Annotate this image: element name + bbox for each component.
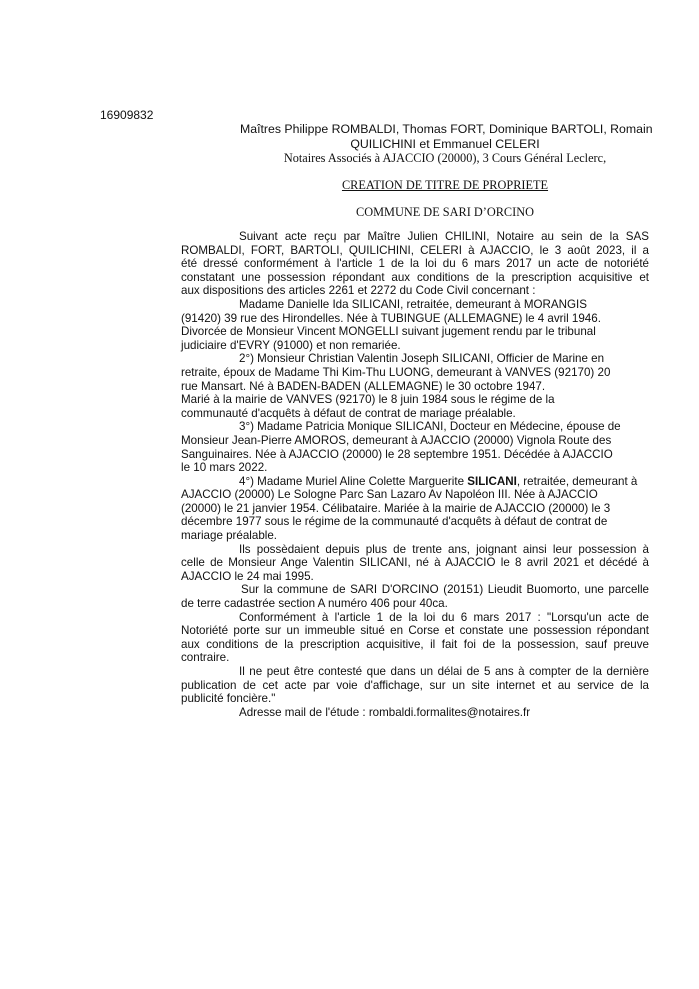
body-line: publicité foncière." bbox=[181, 692, 649, 706]
document-title: CREATION DE TITRE DE PROPRIETE bbox=[240, 178, 650, 192]
body-line: 2°) Monsieur Christian Valentin Joseph S… bbox=[181, 352, 649, 366]
body-line: Sanguinaires. Née à AJACCIO (20000) le 2… bbox=[181, 448, 649, 462]
body-line: aux conditions de la prescription acquis… bbox=[181, 638, 649, 652]
document-subtitle: COMMUNE DE SARI D’ORCINO bbox=[240, 205, 650, 219]
body-line: (20000) le 21 janvier 1954. Célibataire.… bbox=[181, 502, 649, 516]
body-line: judiciaire d'EVRY (91000) et non remarié… bbox=[181, 339, 649, 353]
notaries-names-line-2: QUILICHINI et Emmanuel CELERI bbox=[240, 137, 650, 152]
body-line: Suivant acte reçu par Maître Julien CHIL… bbox=[181, 230, 649, 244]
body-line: 3°) Madame Patricia Monique SILICANI, Do… bbox=[181, 420, 649, 434]
body-line: été dressé conformément à l'article 1 de… bbox=[181, 257, 649, 271]
reference-number: 16909832 bbox=[100, 108, 153, 122]
body-line-with-bold: 4°) Madame Muriel Aline Colette Margueri… bbox=[181, 475, 649, 489]
body-line: retraite, époux de Madame Thi Kim-Thu LU… bbox=[181, 366, 649, 380]
body-line: Divorcée de Monsieur Vincent MONGELLI su… bbox=[181, 325, 649, 339]
body-line: communauté d'acquêts à défaut de contrat… bbox=[181, 407, 649, 421]
body-line: (91420) 39 rue des Hirondelles. Née à TU… bbox=[181, 312, 649, 326]
body-line: Sur la commune de SARI D'ORCINO (20151) … bbox=[181, 583, 649, 597]
body-line: Madame Danielle Ida SILICANI, retraitée,… bbox=[181, 298, 649, 312]
body-line: Notoriété porte sur un immeuble situé en… bbox=[181, 624, 649, 638]
body-line: ROMBALDI, FORT, BARTOLI, QUILICHINI, CEL… bbox=[181, 244, 649, 258]
body-line: Monsieur Jean-Pierre AMOROS, demeurant à… bbox=[181, 434, 649, 448]
body-line: rue Mansart. Né à BADEN-BADEN (ALLEMAGNE… bbox=[181, 380, 649, 394]
line-tail: , retraitée, demeurant à bbox=[517, 475, 638, 488]
body-line: publication de cet acte par voie d'affic… bbox=[181, 679, 649, 693]
notaries-address: Notaires Associés à AJACCIO (20000), 3 C… bbox=[240, 151, 650, 166]
body-line: constatant une possession répondant aux … bbox=[181, 271, 649, 285]
document-page: 16909832 Maîtres Philippe ROMBALDI, Thom… bbox=[0, 0, 699, 989]
body-line: celle de Monsieur Ange Valentin SILICANI… bbox=[181, 556, 649, 570]
notary-header: Maîtres Philippe ROMBALDI, Thomas FORT, … bbox=[240, 122, 650, 166]
body-line: AJACCIO (20000) Le Sologne Parc San Laza… bbox=[181, 488, 649, 502]
body-line: Ils possèdaient depuis plus de trente an… bbox=[181, 543, 649, 557]
body-line: contraire. bbox=[181, 651, 649, 665]
body-line: décembre 1977 sous le régime de la commu… bbox=[181, 515, 649, 529]
body-line: Conformément à l'article 1 de la loi du … bbox=[181, 611, 649, 625]
document-body: Suivant acte reçu par Maître Julien CHIL… bbox=[181, 230, 649, 719]
body-line: de terre cadastrée section A numéro 406 … bbox=[181, 597, 649, 611]
body-line: le 10 mars 2022. bbox=[181, 461, 649, 475]
body-line: Il ne peut être contesté que dans un dél… bbox=[181, 665, 649, 679]
line-lead: 4°) Madame Muriel Aline Colette Margueri… bbox=[239, 475, 467, 488]
document-title-text: CREATION DE TITRE DE PROPRIETE bbox=[342, 178, 548, 192]
office-email-line: Adresse mail de l'étude : rombaldi.forma… bbox=[181, 706, 649, 720]
body-line: Marié à la mairie de VANVES (92170) le 8… bbox=[181, 393, 649, 407]
body-line: AJACCIO le 24 mai 1995. bbox=[181, 570, 649, 584]
body-line: aux dispositions des articles 2261 et 22… bbox=[181, 284, 649, 298]
body-line: mariage préalable. bbox=[181, 529, 649, 543]
notaries-names-line-1: Maîtres Philippe ROMBALDI, Thomas FORT, … bbox=[240, 122, 650, 137]
bold-surname: SILICANI bbox=[467, 475, 517, 488]
